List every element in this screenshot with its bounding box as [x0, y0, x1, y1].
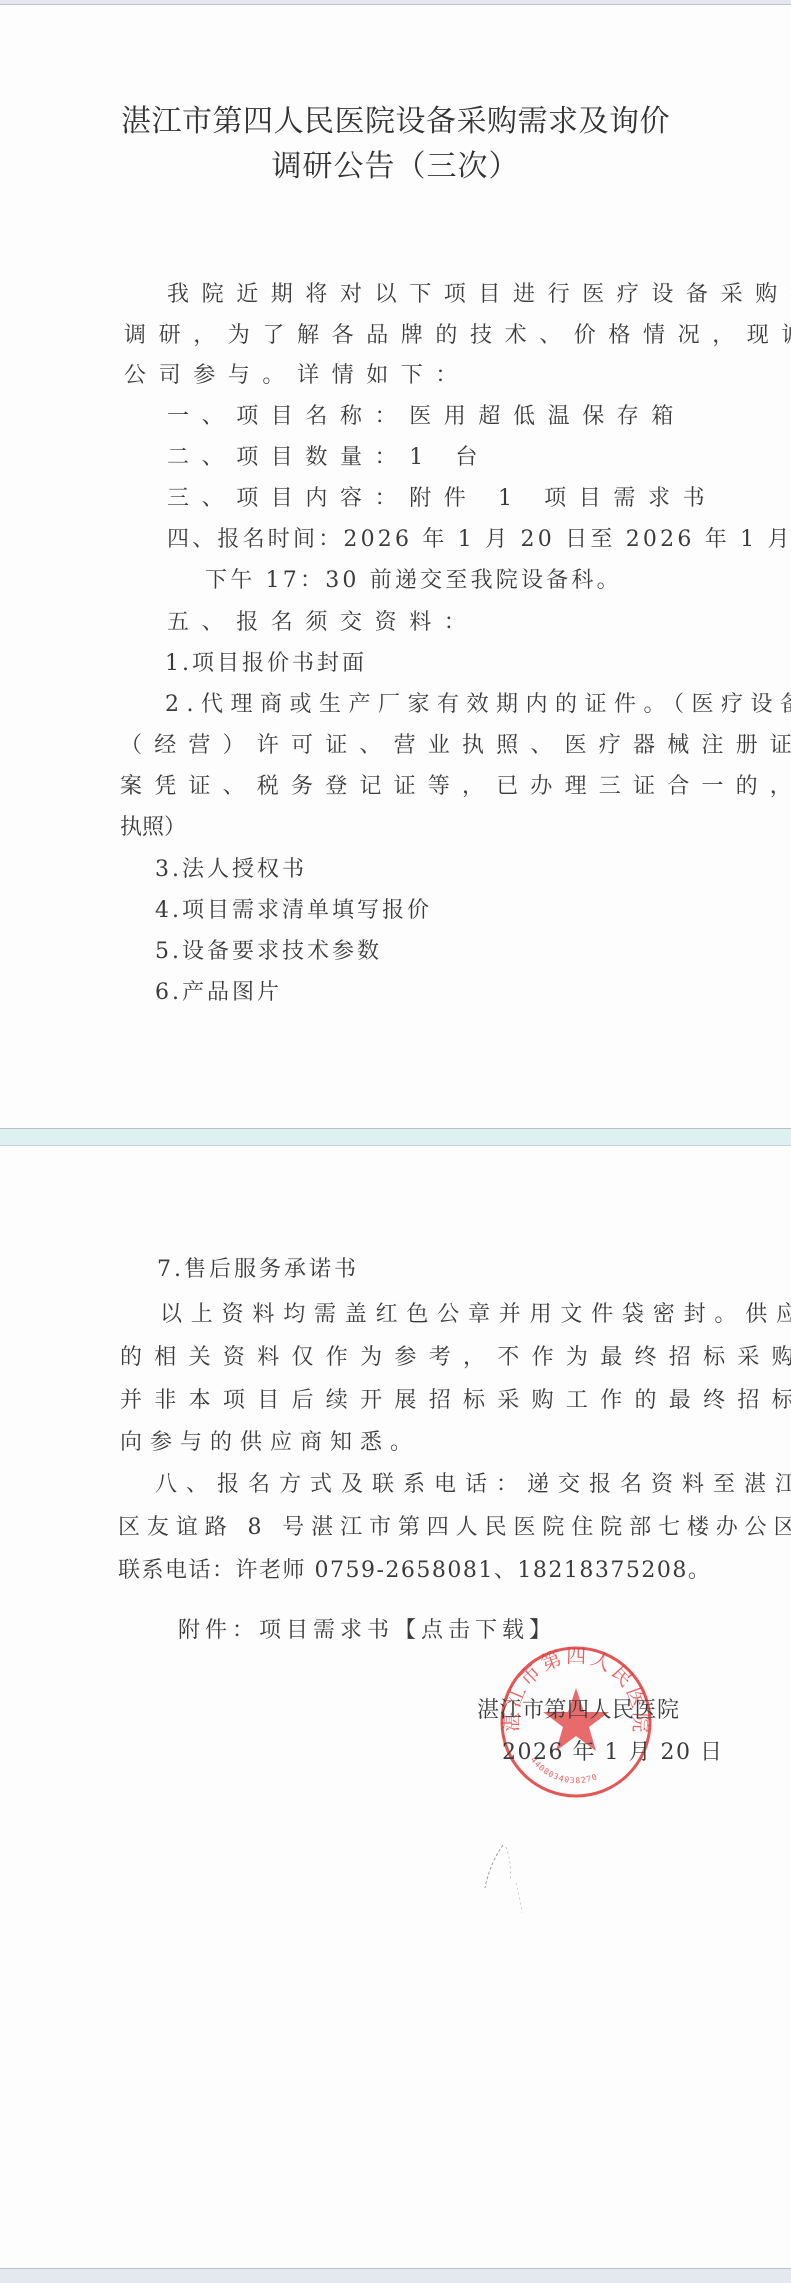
section-required-materials: 五、报名须交资料： — [167, 608, 478, 638]
viewer-bottom-band — [0, 2268, 791, 2283]
intro-line-2: 调研，为了解各品牌的技术、价格情况，现诚邀符合资质的 — [124, 321, 791, 351]
section-registration-time-line-1: 四、报名时间：2026 年 1 月 20 日至 2026 年 1 月 26 日 — [167, 525, 791, 555]
material-item-6: 6.产品图片 — [155, 978, 282, 1008]
section-project-content: 三、项目内容：附件 1 项目需求书 — [167, 484, 717, 514]
attachment-label: 附件：项目需求书 — [178, 1618, 394, 1643]
page-separator — [0, 1128, 791, 1146]
notice-line-3: 并非本项目后续开展招标采购工作的最终招标文件，请有意 — [120, 1386, 791, 1416]
section-registration-time-line-2: 下午 17：30 前递交至我院设备科。 — [205, 566, 622, 596]
material-item-3: 3.法人授权书 — [155, 855, 307, 885]
material-item-2-line-4: 执照） — [120, 813, 186, 843]
notice-line-4: 向参与的供应商知悉。 — [120, 1428, 420, 1458]
attachment-line: 附件：项目需求书【点击下载】 — [178, 1616, 556, 1646]
notice-line-1: 以上资料均需盖红色公章并用文件袋密封。供应商提供 — [160, 1300, 791, 1330]
material-item-2-line-1: 2.代理商或生产厂家有效期内的证件。（医疗设备生产 — [165, 690, 791, 720]
download-attachment-link[interactable]: 【点击下载】 — [394, 1618, 556, 1643]
material-item-7: 7.售后服务承诺书 — [157, 1255, 359, 1285]
contact-line-3: 联系电话：许老师 0759-2658081、18218375208。 — [118, 1556, 711, 1586]
section-project-name: 一、项目名称：医用超低温保存箱 — [167, 402, 686, 432]
signature-date: 2026 年 1 月 20 日 — [502, 1738, 723, 1768]
signature-organization: 湛江市第四人民医院 — [477, 1696, 680, 1726]
section-project-quantity: 二、项目数量：1 台 — [167, 443, 490, 473]
contact-line-2: 区友谊路 8 号湛江市第四人民医院住院部七楼办公区设备科， — [118, 1513, 791, 1543]
contact-line-1: 八、报名方式及联系电话：递交报名资料至湛江市霞山 — [155, 1470, 791, 1500]
material-item-1: 1.项目报价书封面 — [165, 649, 367, 679]
intro-line-3: 公司参与。详情如下： — [124, 361, 470, 391]
intro-line-1: 我院近期将对以下项目进行医疗设备采购需求及询价 — [167, 280, 791, 310]
material-item-2-line-3: 案凭证、税务登记证等，已办理三证合一的，只需提供营业 — [120, 772, 791, 802]
material-item-4: 4.项目需求清单填写报价 — [155, 896, 432, 926]
material-item-2-line-2: （经营）许可证、营业执照、医疗器械注册证、医疗器械备 — [120, 731, 791, 761]
notice-line-2: 的相关资料仅作为参考，不作为最终招标采购需求标准，也 — [120, 1343, 791, 1373]
pen-mark-icon — [470, 1843, 530, 1923]
document-title-line-1: 湛江市第四人民医院设备采购需求及询价 — [0, 102, 791, 142]
material-item-5: 5.设备要求技术参数 — [155, 937, 382, 967]
document-title-line-2: 调研公告（三次） — [0, 147, 791, 187]
